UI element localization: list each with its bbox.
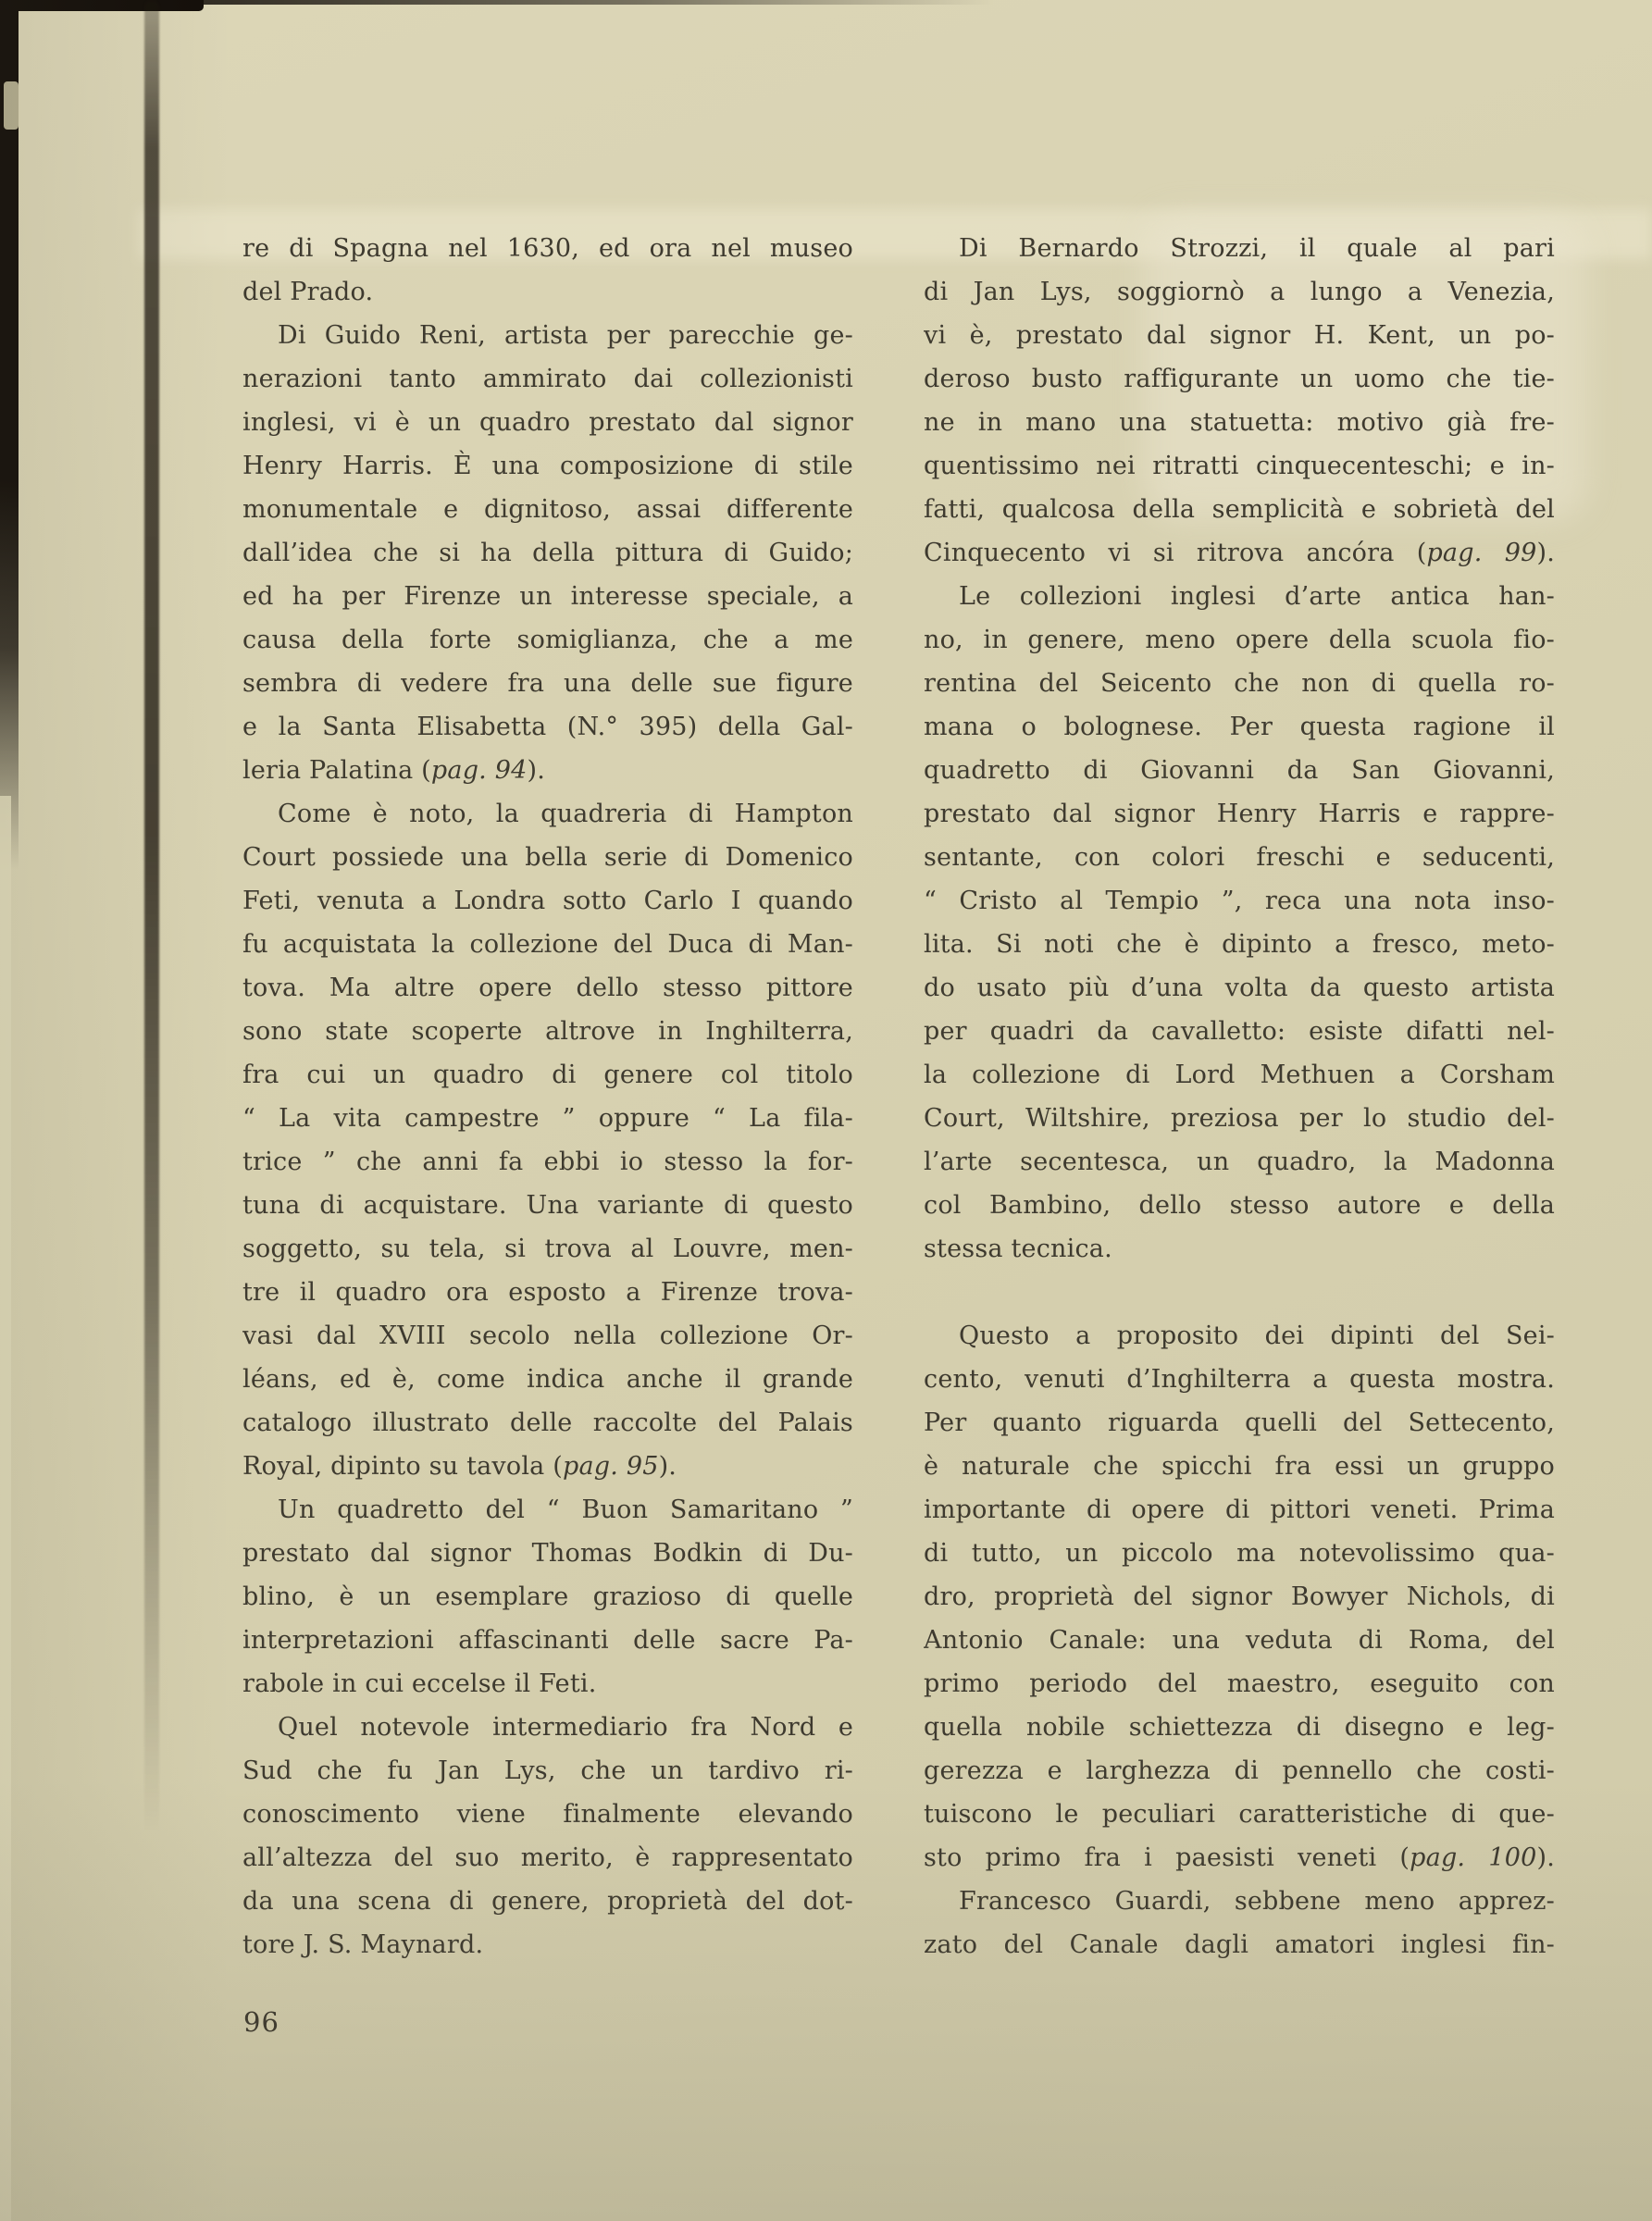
text-line: Un quadretto del “ Buon Samaritano ”	[242, 1488, 853, 1532]
text-run: Per quanto riguarda quelli del Settecent…	[924, 1408, 1555, 1437]
text-run: “ La vita campestre ” oppure “ La fila-	[242, 1104, 853, 1133]
text-line: ed ha per Firenze un interesse speciale,…	[242, 575, 853, 618]
text-run: Questo a proposito dei dipinti del Sei-	[959, 1321, 1555, 1350]
text-run-italic: pag. 99	[1426, 539, 1536, 567]
text-line: Per quanto riguarda quelli del Settecent…	[924, 1401, 1555, 1445]
text-line: Quel notevole intermediario fra Nord e	[242, 1706, 853, 1749]
scan-edge-top	[0, 0, 204, 11]
page-number: 96	[243, 2006, 279, 2038]
text-run: gerezza e larghezza di pennello che cost…	[924, 1756, 1555, 1785]
text-line: vasi dal XVIII secolo nella collezione O…	[242, 1314, 853, 1358]
text-line: l’arte secentesca, un quadro, la Madonna	[924, 1140, 1555, 1184]
text-line: Come è noto, la quadreria di Hampton	[242, 792, 853, 836]
text-line: Di Bernardo Strozzi, il quale al pari	[924, 227, 1555, 270]
text-run: catalogo illustrato delle raccolte del P…	[242, 1408, 853, 1437]
text-run: rentina del Seicento che non di quella r…	[924, 669, 1555, 698]
text-run: vasi dal XVIII secolo nella collezione O…	[242, 1321, 853, 1350]
text-run: do usato più d’una volta da questo artis…	[924, 974, 1555, 1002]
text-run: mana o bolognese. Per questa ragione il	[924, 713, 1555, 741]
text-run: sentante, con colori freschi e seducenti…	[924, 843, 1555, 872]
text-line: re di Spagna nel 1630, ed ora nel museo	[242, 227, 853, 270]
text-line: dro, proprietà del signor Bowyer Nichols…	[924, 1575, 1555, 1619]
text-run: Sud che fu Jan Lys, che un tardivo ri-	[242, 1756, 853, 1785]
text-line: fu acquistata la collezione del Duca di …	[242, 923, 853, 966]
text-run: no, in genere, meno opere della scuola f…	[924, 626, 1555, 654]
text-run: causa della forte somiglianza, che a me	[242, 626, 853, 654]
text-run: Feti, venuta a Londra sotto Carlo I quan…	[242, 887, 853, 915]
text-line: nerazioni tanto ammirato dai collezionis…	[242, 357, 853, 401]
text-run: Royal, dipinto su tavola (	[242, 1452, 563, 1481]
text-run: Quel notevole intermediario fra Nord e	[278, 1713, 853, 1742]
text-line: cento, venuti d’Inghilterra a questa mos…	[924, 1358, 1555, 1401]
text-line: tre il quadro ora esposto a Firenze trov…	[242, 1271, 853, 1314]
text-line: interpretazioni affascinanti delle sacre…	[242, 1619, 853, 1662]
text-line: Sud che fu Jan Lys, che un tardivo ri-	[242, 1749, 853, 1793]
text-column-left: re di Spagna nel 1630, ed ora nel museod…	[242, 227, 853, 1967]
text-line: quentissimo nei ritratti cinquecenteschi…	[924, 444, 1555, 488]
text-run: re di Spagna nel 1630, ed ora nel museo	[242, 234, 853, 263]
text-run: lita. Si noti che è dipinto a fresco, me…	[924, 930, 1555, 959]
text-line: rentina del Seicento che non di quella r…	[924, 662, 1555, 705]
text-line: del Prado.	[242, 270, 853, 314]
text-line: do usato più d’una volta da questo artis…	[924, 966, 1555, 1010]
text-line: ne in mano una statuetta: motivo già fre…	[924, 401, 1555, 444]
text-line: è naturale che spicchi fra essi un grupp…	[924, 1445, 1555, 1488]
text-run: ).	[1536, 1843, 1555, 1872]
text-run: tova. Ma altre opere dello stesso pittor…	[242, 974, 853, 1002]
text-run: del Prado.	[242, 278, 373, 306]
text-line: e la Santa Elisabetta (N.° 395) della Ga…	[242, 705, 853, 749]
text-run: vi è, prestato dal signor H. Kent, un po…	[924, 321, 1555, 350]
text-line: da una scena di genere, proprietà del do…	[242, 1880, 853, 1923]
text-line: léans, ed è, come indica anche il grande	[242, 1358, 853, 1401]
text-run-italic: pag. 95	[563, 1452, 659, 1481]
text-run: deroso busto raffigurante un uomo che ti…	[924, 365, 1555, 393]
text-run: Henry Harris. È una composizione di stil…	[242, 452, 853, 480]
text-run-italic: pag. 94	[431, 756, 528, 785]
text-run: inglesi, vi è un quadro prestato dal sig…	[242, 408, 853, 437]
text-line: Cinquecento vi si ritrova ancóra (pag. 9…	[924, 531, 1555, 575]
scan-edge-top-line	[204, 0, 995, 5]
text-line: leria Palatina (pag. 94).	[242, 749, 853, 792]
text-run: quentissimo nei ritratti cinquecenteschi…	[924, 452, 1555, 480]
text-line: soggetto, su tela, si trova al Louvre, m…	[242, 1227, 853, 1271]
text-line: Court, Wiltshire, preziosa per lo studio…	[924, 1097, 1555, 1140]
text-line: dall’idea che si ha della pittura di Gui…	[242, 531, 853, 575]
text-run-italic: pag. 100	[1410, 1843, 1536, 1872]
text-line: importante di opere di pittori veneti. P…	[924, 1488, 1555, 1532]
text-run: prestato dal signor Henry Harris e rappr…	[924, 800, 1555, 828]
text-run: Court, Wiltshire, preziosa per lo studio…	[924, 1104, 1555, 1133]
text-line: sentante, con colori freschi e seducenti…	[924, 836, 1555, 879]
text-line: quella nobile schiettezza di disegno e l…	[924, 1706, 1555, 1749]
text-run: sono state scoperte altrove in Inghilter…	[242, 1017, 853, 1046]
text-run: tre il quadro ora esposto a Firenze trov…	[242, 1278, 853, 1307]
text-run: monumentale e dignitoso, assai different…	[242, 495, 853, 524]
text-line: stessa tecnica.	[924, 1227, 1555, 1271]
text-line: la collezione di Lord Methuen a Corsham	[924, 1053, 1555, 1097]
text-line: di Jan Lys, soggiornò a lungo a Venezia,	[924, 270, 1555, 314]
under-page-edge	[0, 796, 11, 2221]
text-run: rabole in cui eccelse il Feti.	[242, 1669, 596, 1698]
text-run: sembra di vedere fra una delle sue figur…	[242, 669, 853, 698]
text-run: fatti, qualcosa della semplicità e sobri…	[924, 495, 1555, 524]
text-line: Henry Harris. È una composizione di stil…	[242, 444, 853, 488]
text-line: Antonio Canale: una veduta di Roma, del	[924, 1619, 1555, 1662]
text-line: tuiscono le peculiari caratteristiche di…	[924, 1793, 1555, 1836]
text-run: sto primo fra i paesisti veneti (	[924, 1843, 1410, 1872]
text-run: importante di opere di pittori veneti. P…	[924, 1495, 1555, 1524]
text-line: tova. Ma altre opere dello stesso pittor…	[242, 966, 853, 1010]
text-line: Feti, venuta a Londra sotto Carlo I quan…	[242, 879, 853, 923]
text-run: per quadri da cavalletto: esiste difatti…	[924, 1017, 1555, 1046]
text-run: col Bambino, dello stesso autore e della	[924, 1191, 1555, 1220]
text-run: interpretazioni affascinanti delle sacre…	[242, 1626, 853, 1655]
text-line: gerezza e larghezza di pennello che cost…	[924, 1749, 1555, 1793]
text-run: Cinquecento vi si ritrova ancóra (	[924, 539, 1426, 567]
text-line: tuna di acquistare. Una variante di ques…	[242, 1184, 853, 1227]
text-line: sto primo fra i paesisti veneti (pag. 10…	[924, 1836, 1555, 1880]
text-run: soggetto, su tela, si trova al Louvre, m…	[242, 1235, 853, 1263]
text-line: trice ” che anni fa ebbi io stesso la fo…	[242, 1140, 853, 1184]
text-run: tore J. S. Maynard.	[242, 1930, 483, 1959]
text-run: nerazioni tanto ammirato dai collezionis…	[242, 365, 853, 393]
scan-edge-left	[0, 0, 19, 870]
text-line: lita. Si noti che è dipinto a fresco, me…	[924, 923, 1555, 966]
text-line: rabole in cui eccelse il Feti.	[242, 1662, 853, 1706]
text-run: Le collezioni inglesi d’arte antica han-	[959, 582, 1555, 611]
text-line: fatti, qualcosa della semplicità e sobri…	[924, 488, 1555, 531]
text-line: prestato dal signor Thomas Bodkin di Du-	[242, 1532, 853, 1575]
text-run: l’arte secentesca, un quadro, la Madonna	[924, 1148, 1555, 1176]
text-line: inglesi, vi è un quadro prestato dal sig…	[242, 401, 853, 444]
text-run: leria Palatina (	[242, 756, 431, 785]
text-line: “ Cristo al Tempio ”, reca una nota inso…	[924, 879, 1555, 923]
text-line: blino, è un esemplare grazioso di quelle	[242, 1575, 853, 1619]
text-run: all’altezza del suo merito, è rappresent…	[242, 1843, 853, 1872]
text-line: col Bambino, dello stesso autore e della	[924, 1184, 1555, 1227]
text-line: fra cui un quadro di genere col titolo	[242, 1053, 853, 1097]
scan-edge-left-notch	[4, 81, 19, 130]
text-line: sembra di vedere fra una delle sue figur…	[242, 662, 853, 705]
text-run: tuna di acquistare. Una variante di ques…	[242, 1191, 853, 1220]
text-run: ).	[659, 1452, 677, 1481]
text-line: Di Guido Reni, artista per parecchie ge-	[242, 314, 853, 357]
text-line: di tutto, un piccolo ma notevolissimo qu…	[924, 1532, 1555, 1575]
text-run: tuiscono le peculiari caratteristiche di…	[924, 1800, 1555, 1829]
text-line: quadretto di Giovanni da San Giovanni,	[924, 749, 1555, 792]
text-column-right: Di Bernardo Strozzi, il quale al paridi …	[924, 227, 1555, 1967]
text-run: ed ha per Firenze un interesse speciale,…	[242, 582, 853, 611]
text-run: è naturale che spicchi fra essi un grupp…	[924, 1452, 1555, 1481]
text-run: trice ” che anni fa ebbi io stesso la fo…	[242, 1148, 853, 1176]
text-line: causa della forte somiglianza, che a me	[242, 618, 853, 662]
text-line: zato del Canale dagli amatori inglesi fi…	[924, 1923, 1555, 1967]
text-run: prestato dal signor Thomas Bodkin di Du-	[242, 1539, 853, 1568]
text-line: “ La vita campestre ” oppure “ La fila-	[242, 1097, 853, 1140]
text-run: ).	[1536, 539, 1555, 567]
text-line: per quadri da cavalletto: esiste difatti…	[924, 1010, 1555, 1053]
text-run: da una scena di genere, proprietà del do…	[242, 1887, 853, 1916]
text-run: ).	[528, 756, 546, 785]
text-line: monumentale e dignitoso, assai different…	[242, 488, 853, 531]
page-crease-shadow	[144, 0, 159, 1851]
text-line: sono state scoperte altrove in Inghilter…	[242, 1010, 853, 1053]
text-line: Questo a proposito dei dipinti del Sei-	[924, 1314, 1555, 1358]
text-run: stessa tecnica.	[924, 1235, 1112, 1263]
text-run: di tutto, un piccolo ma notevolissimo qu…	[924, 1539, 1555, 1568]
text-line: vi è, prestato dal signor H. Kent, un po…	[924, 314, 1555, 357]
text-line: Court possiede una bella serie di Domeni…	[242, 836, 853, 879]
text-run: blino, è un esemplare grazioso di quelle	[242, 1582, 853, 1611]
text-line: prestato dal signor Henry Harris e rappr…	[924, 792, 1555, 836]
text-line: tore J. S. Maynard.	[242, 1923, 853, 1967]
text-run: dro, proprietà del signor Bowyer Nichols…	[924, 1582, 1555, 1611]
text-line: Royal, dipinto su tavola (pag. 95).	[242, 1445, 853, 1488]
page-scan: re di Spagna nel 1630, ed ora nel museod…	[0, 0, 1652, 2221]
text-run: la collezione di Lord Methuen a Corsham	[924, 1061, 1555, 1089]
text-run: quadretto di Giovanni da San Giovanni,	[924, 756, 1555, 785]
text-run: Di Bernardo Strozzi, il quale al pari	[959, 234, 1555, 263]
text-run: cento, venuti d’Inghilterra a questa mos…	[924, 1365, 1555, 1394]
text-run: ne in mano una statuetta: motivo già fre…	[924, 408, 1555, 437]
text-line: conoscimento viene finalmente elevando	[242, 1793, 853, 1836]
text-line: Francesco Guardi, sebbene meno apprez-	[924, 1880, 1555, 1923]
text-run: Court possiede una bella serie di Domeni…	[242, 843, 853, 872]
text-run: léans, ed è, come indica anche il grande	[242, 1365, 853, 1394]
text-run: Antonio Canale: una veduta di Roma, del	[924, 1626, 1555, 1655]
text-run: fu acquistata la collezione del Duca di …	[242, 930, 853, 959]
text-run: quella nobile schiettezza di disegno e l…	[924, 1713, 1555, 1742]
text-run: dall’idea che si ha della pittura di Gui…	[242, 539, 853, 567]
text-line: Le collezioni inglesi d’arte antica han-	[924, 575, 1555, 618]
text-line: catalogo illustrato delle raccolte del P…	[242, 1401, 853, 1445]
text-line: no, in genere, meno opere della scuola f…	[924, 618, 1555, 662]
text-run: zato del Canale dagli amatori inglesi fi…	[924, 1930, 1555, 1959]
text-run: Un quadretto del “ Buon Samaritano ”	[278, 1495, 853, 1524]
text-run: Francesco Guardi, sebbene meno apprez-	[959, 1887, 1555, 1916]
text-line: primo periodo del maestro, eseguito con	[924, 1662, 1555, 1706]
text-run: Di Guido Reni, artista per parecchie ge-	[278, 321, 853, 350]
text-line: deroso busto raffigurante un uomo che ti…	[924, 357, 1555, 401]
text-run: “ Cristo al Tempio ”, reca una nota inso…	[924, 887, 1555, 915]
text-run: di Jan Lys, soggiornò a lungo a Venezia,	[924, 278, 1555, 306]
text-run: fra cui un quadro di genere col titolo	[242, 1061, 853, 1089]
text-line: mana o bolognese. Per questa ragione il	[924, 705, 1555, 749]
text-run: primo periodo del maestro, eseguito con	[924, 1669, 1555, 1698]
text-run: conoscimento viene finalmente elevando	[242, 1800, 853, 1829]
text-run: e la Santa Elisabetta (N.° 395) della Ga…	[242, 713, 853, 741]
text-line: all’altezza del suo merito, è rappresent…	[242, 1836, 853, 1880]
text-run: Come è noto, la quadreria di Hampton	[278, 800, 853, 828]
